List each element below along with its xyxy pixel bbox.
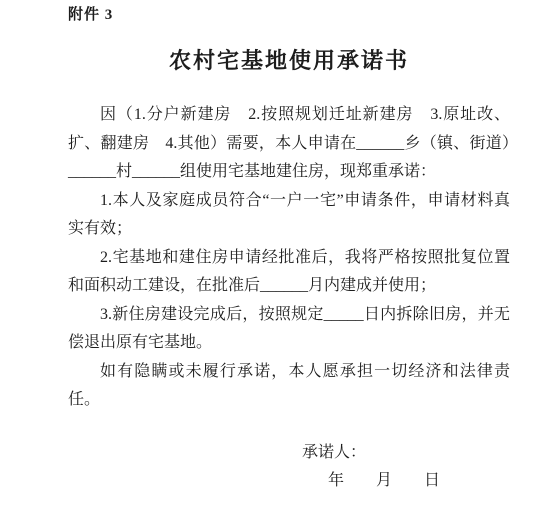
attachment-label: 附件 3 [68, 3, 113, 24]
document-title: 农村宅基地使用承诺书 [68, 44, 510, 75]
paragraph-item-1: 1.本人及家庭成员符合“一户一宅”申请条件，申请材料真实有效； [68, 187, 510, 244]
paragraph-intro: 因（1.分户新建房 2.按照规划迁址新建房 3.原址改、扩、翻建房 4.其他）需… [68, 101, 510, 187]
promisor-label: 承诺人： [302, 443, 366, 463]
document-page: 附件 3 农村宅基地使用承诺书 因（1.分户新建房 2.按照规划迁址新建房 3.… [0, 0, 545, 512]
document-body: 因（1.分户新建房 2.按照规划迁址新建房 3.原址改、扩、翻建房 4.其他）需… [68, 101, 510, 415]
paragraph-closing: 如有隐瞒或未履行承诺，本人愿承担一切经济和法律责任。 [68, 358, 510, 415]
signature-date-line: 年 月 日 [328, 471, 440, 491]
paragraph-item-2: 2.宅基地和建住房申请经批准后，我将严格按照批复位置和面积动工建设，在批准后__… [68, 244, 510, 301]
paragraph-item-3: 3.新住房建设完成后，按照规定_____日内拆除旧房，并无偿退出原有宅基地。 [68, 301, 510, 358]
